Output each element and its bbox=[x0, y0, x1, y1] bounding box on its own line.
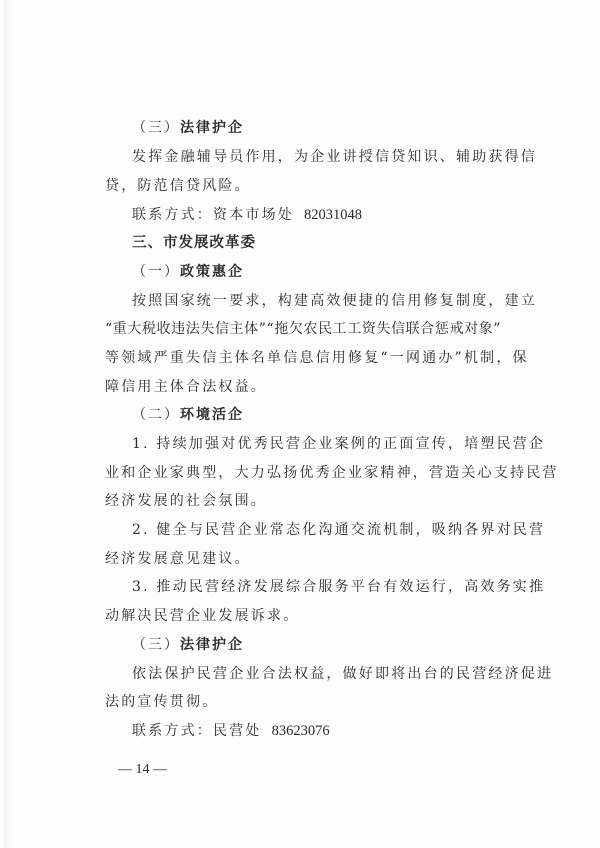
contact-label: 联系方式：资本市场处 bbox=[132, 207, 294, 223]
contact-phone: 82031048 bbox=[304, 207, 362, 223]
paragraph-line: 业和企业家典型，大力弘扬优秀企业家精神，营造关心支持民营 bbox=[105, 462, 545, 484]
contact-phone: 83623076 bbox=[272, 723, 330, 739]
paragraph-line: 3. 推动民营经济发展综合服务平台有效运行，高效务实推 bbox=[132, 576, 572, 598]
paragraph-line: 障信用主体合法权益。 bbox=[105, 376, 545, 398]
document-page: （三）法律护企 发挥金融辅导员作用，为企业讲授信贷知识、辅助获得信 贷，防范信贷… bbox=[0, 0, 600, 848]
subheading-title: 环境活企 bbox=[180, 407, 244, 423]
subheading-title: 法律护企 bbox=[180, 120, 244, 136]
page-number: — 14 — bbox=[118, 762, 167, 778]
subheading-prefix: （三） bbox=[132, 120, 180, 136]
subheading-prefix: （二） bbox=[132, 407, 180, 423]
subheading-legal-protection-1: （三）法律护企 bbox=[132, 117, 572, 139]
paragraph-line: 贷，防范信贷风险。 bbox=[105, 175, 545, 197]
paragraph-line: 经济发展意见建议。 bbox=[105, 548, 545, 570]
subheading-prefix: （一） bbox=[132, 264, 180, 280]
paragraph-line: 动解决民营企业发展诉求。 bbox=[105, 605, 545, 627]
paragraph-line: 2. 健全与民营企业常态化沟通交流机制，吸纳各界对民营 bbox=[132, 519, 572, 541]
subheading-title: 政策惠企 bbox=[180, 264, 244, 280]
subheading-environment: （二）环境活企 bbox=[132, 404, 572, 426]
contact-line: 联系方式：资本市场处82031048 bbox=[132, 204, 572, 226]
paragraph-line: 法的宣传贯彻。 bbox=[105, 691, 545, 713]
section-heading: 三、市发展改革委 bbox=[132, 232, 572, 254]
paragraph-line: 依法保护民营企业合法权益，做好即将出台的民营经济促进 bbox=[132, 663, 572, 685]
contact-label: 联系方式：民营处 bbox=[132, 723, 262, 739]
paragraph-line: “重大税收违法失信主体”“拖欠农民工工资失信联合惩戒对象” bbox=[105, 318, 545, 340]
paragraph-line: 经济发展的社会氛围。 bbox=[105, 490, 545, 512]
subheading-title: 法律护企 bbox=[180, 637, 244, 653]
subheading-legal-protection-2: （三）法律护企 bbox=[132, 634, 572, 656]
paragraph-line: 发挥金融辅导员作用，为企业讲授信贷知识、辅助获得信 bbox=[132, 146, 572, 168]
subheading-prefix: （三） bbox=[132, 637, 180, 653]
paragraph-line: 1. 持续加强对优秀民营企业案例的正面宣传，培塑民营企 bbox=[132, 433, 572, 455]
subheading-policy: （一）政策惠企 bbox=[132, 261, 572, 283]
contact-line: 联系方式：民营处83623076 bbox=[132, 720, 572, 742]
paragraph-line: 等领域严重失信主体名单信息信用修复“一网通办”机制，保 bbox=[105, 347, 545, 369]
paragraph-line: 按照国家统一要求，构建高效便捷的信用修复制度，建立 bbox=[132, 290, 572, 312]
